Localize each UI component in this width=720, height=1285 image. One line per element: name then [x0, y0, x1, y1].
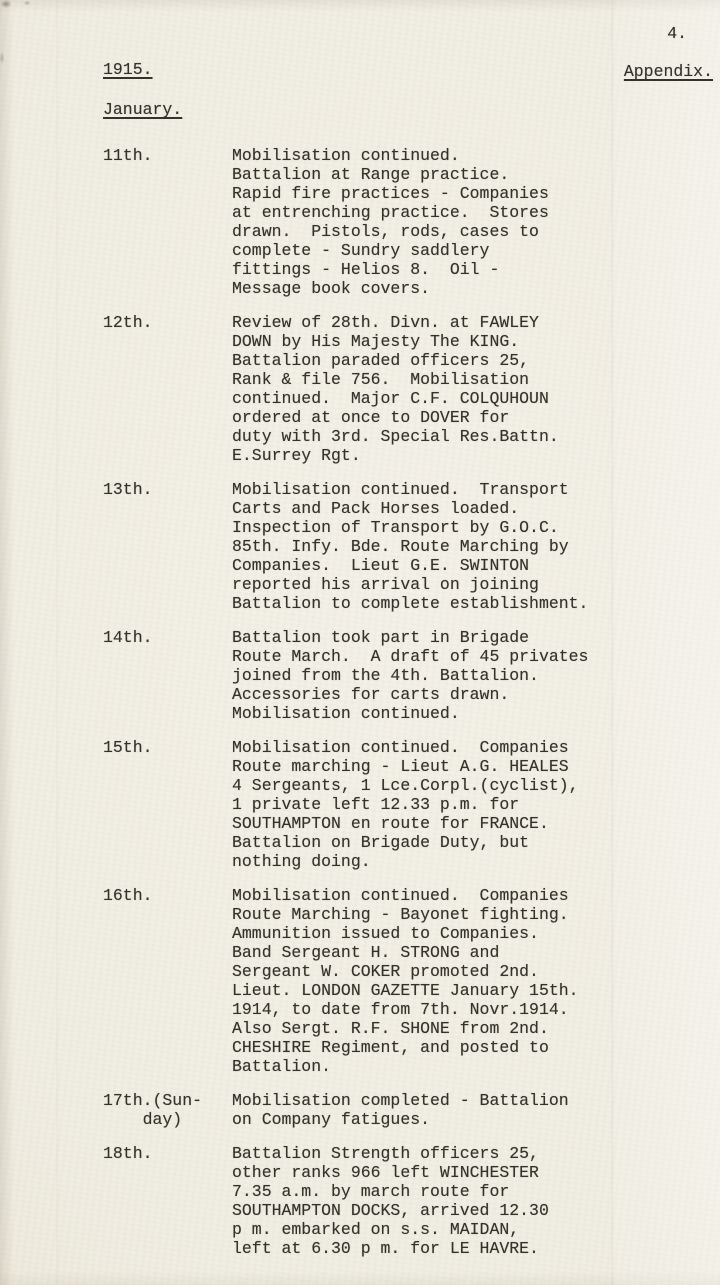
entry-body: Mobilisation continued. TransportCarts a…	[232, 480, 720, 613]
document-page: 4. 1915. Appendix. January. 11th. Mobili…	[0, 0, 720, 1285]
entry-line: Battalion Strength officers 25,	[232, 1144, 720, 1163]
entry-line: p m. embarked on s.s. MAIDAN,	[232, 1220, 720, 1239]
entry-line: 7.35 a.m. by march route for	[232, 1182, 720, 1201]
entry-line: Mobilisation continued. Companies	[232, 738, 720, 757]
year-heading: 1915.	[103, 60, 153, 79]
entry-date: 14th.	[103, 628, 232, 647]
entry-line: Battalion took part in Brigade	[232, 628, 720, 647]
entry-line: SOUTHAMPTON en route for FRANCE.	[232, 814, 720, 833]
entry-line: Inspection of Transport by G.O.C.	[232, 518, 720, 537]
entry-line: Companies. Lieut G.E. SWINTON	[232, 556, 720, 575]
entry-line: fittings - Helios 8. Oil -	[232, 260, 720, 279]
entry-line: Lieut. LONDON GAZETTE January 15th.	[232, 981, 720, 1000]
entry-line: reported his arrival on joining	[232, 575, 720, 594]
entry-line: Mobilisation continued. Companies	[232, 886, 720, 905]
entry-line: Route March. A draft of 45 privates	[232, 647, 720, 666]
diary-entry: 18th. Battalion Strength officers 25,oth…	[103, 1144, 720, 1258]
entry-line: left at 6.30 p m. for LE HAVRE.	[232, 1239, 720, 1258]
entry-date: 18th.	[103, 1144, 232, 1163]
entry-line: Battalion at Range practice.	[232, 165, 720, 184]
entry-line: 85th. Infy. Bde. Route Marching by	[232, 537, 720, 556]
entry-line: Route marching - Lieut A.G. HEALES	[232, 757, 720, 776]
diary-entry: 15th. Mobilisation continued. CompaniesR…	[103, 738, 720, 871]
diary-entry: 14th. Battalion took part in BrigadeRout…	[103, 628, 720, 723]
entry-line: drawn. Pistols, rods, cases to	[232, 222, 720, 241]
entry-line: on Company fatigues.	[232, 1110, 720, 1129]
entry-body: Battalion took part in BrigadeRoute Marc…	[232, 628, 720, 723]
entry-body: Mobilisation completed - Battalionon Com…	[232, 1091, 720, 1129]
diary-entry: 13th. Mobilisation continued. TransportC…	[103, 480, 720, 613]
entry-line: Mobilisation continued.	[232, 146, 720, 165]
entry-line: SOUTHAMPTON DOCKS, arrived 12.30	[232, 1201, 720, 1220]
month-heading: January.	[103, 100, 182, 119]
entry-body: Mobilisation continued.Battalion at Rang…	[232, 146, 720, 298]
entry-line: Band Sergeant H. STRONG and	[232, 943, 720, 962]
entry-line: 4 Sergeants, 1 Lce.Corpl.(cyclist),	[232, 776, 720, 795]
entry-line: Mobilisation continued.	[232, 704, 720, 723]
entry-line: 1914, to date from 7th. Novr.1914.	[232, 1000, 720, 1019]
entry-date: 12th.	[103, 313, 232, 332]
entry-line: duty with 3rd. Special Res.Battn.	[232, 427, 720, 446]
entry-line: ordered at once to DOVER for	[232, 408, 720, 427]
entry-line: Battalion on Brigade Duty, but	[232, 833, 720, 852]
entry-line: E.Surrey Rgt.	[232, 446, 720, 465]
entry-line: CHESHIRE Regiment, and posted to	[232, 1038, 720, 1057]
entry-line: Also Sergt. R.F. SHONE from 2nd.	[232, 1019, 720, 1038]
entry-body: Mobilisation continued. CompaniesRoute m…	[232, 738, 720, 871]
diary-entry: 17th.(Sun- day) Mobilisation completed -…	[103, 1091, 720, 1129]
entry-line: Carts and Pack Horses loaded.	[232, 499, 720, 518]
diary-entry: 12th. Review of 28th. Divn. at FAWLEYDOW…	[103, 313, 720, 465]
entry-date: 11th.	[103, 146, 232, 165]
entry-body: Mobilisation continued. CompaniesRoute M…	[232, 886, 720, 1076]
entry-line: Ammunition issued to Companies.	[232, 924, 720, 943]
entry-line: complete - Sundry saddlery	[232, 241, 720, 260]
entry-date: 16th.	[103, 886, 232, 905]
entry-line: other ranks 966 left WINCHESTER	[232, 1163, 720, 1182]
diary-entries: 11th. Mobilisation continued.Battalion a…	[103, 146, 720, 1273]
entry-line: Rank & file 756. Mobilisation	[232, 370, 720, 389]
entry-date: 15th.	[103, 738, 232, 757]
entry-line: Message book covers.	[232, 279, 720, 298]
entry-line: Rapid fire practices - Companies	[232, 184, 720, 203]
entry-body: Battalion Strength officers 25,other ran…	[232, 1144, 720, 1258]
entry-line: DOWN by His Majesty The KING.	[232, 332, 720, 351]
entry-line: Battalion.	[232, 1057, 720, 1076]
appendix-heading: Appendix.	[624, 62, 713, 81]
entry-line: joined from the 4th. Battalion.	[232, 666, 720, 685]
diary-entry: 11th. Mobilisation continued.Battalion a…	[103, 146, 720, 298]
entry-line: Route Marching - Bayonet fighting.	[232, 905, 720, 924]
entry-line: Accessories for carts drawn.	[232, 685, 720, 704]
entry-date: 17th.(Sun- day)	[103, 1091, 232, 1129]
diary-entry: 16th. Mobilisation continued. CompaniesR…	[103, 886, 720, 1076]
entry-line: Review of 28th. Divn. at FAWLEY	[232, 313, 720, 332]
entry-line: Battalion paraded officers 25,	[232, 351, 720, 370]
entry-line: nothing doing.	[232, 852, 720, 871]
entry-line: 1 private left 12.33 p.m. for	[232, 795, 720, 814]
entry-line: at entrenching practice. Stores	[232, 203, 720, 222]
entry-line: Mobilisation continued. Transport	[232, 480, 720, 499]
entry-body: Review of 28th. Divn. at FAWLEYDOWN by H…	[232, 313, 720, 465]
entry-line: continued. Major C.F. COLQUHOUN	[232, 389, 720, 408]
entry-line: Mobilisation completed - Battalion	[232, 1091, 720, 1110]
page-number: 4.	[667, 24, 687, 43]
entry-line: Battalion to complete establishment.	[232, 594, 720, 613]
entry-line: Sergeant W. COKER promoted 2nd.	[232, 962, 720, 981]
entry-date: 13th.	[103, 480, 232, 499]
